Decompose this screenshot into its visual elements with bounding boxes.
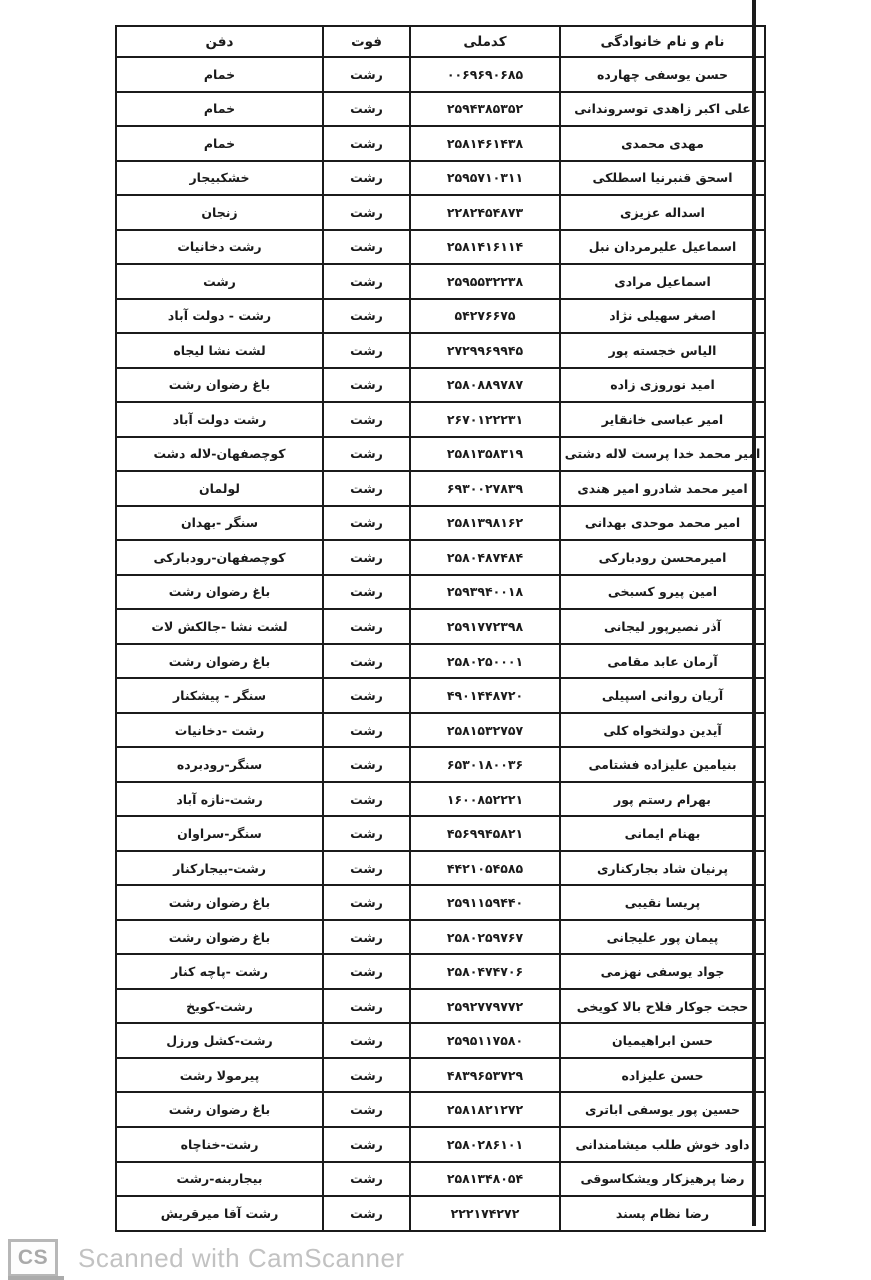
dafn-cell: رشت - دولت آباد	[116, 299, 323, 334]
name-cell: حسن علیزاده	[560, 1058, 765, 1093]
dafn-cell: لشت نشا لیجاه	[116, 333, 323, 368]
name-cell: جواد یوسفی نهزمی	[560, 954, 765, 989]
name-cell: حجت جوکار فلاح بالا کویخی	[560, 989, 765, 1024]
name-cell: حسن ابراهیمیان	[560, 1023, 765, 1058]
code-cell: ۶۹۳۰۰۲۷۸۳۹	[410, 471, 560, 506]
dafn-cell: پیرمولا رشت	[116, 1058, 323, 1093]
table-row: اسماعیل مرادی۲۵۹۵۵۳۲۲۳۸رشترشت	[116, 264, 765, 299]
fout-cell: رشت	[323, 575, 410, 610]
table-row: اسداله عزیزی۲۲۸۲۴۵۴۸۷۳رشتزنجان	[116, 195, 765, 230]
dafn-cell: رشت	[116, 264, 323, 299]
table-row: بنیامین علیزاده فشتامی۶۵۳۰۱۸۰۰۳۶رشتسنگر-…	[116, 747, 765, 782]
name-cell: آذر نصیرپور لیجانی	[560, 609, 765, 644]
code-cell: ۲۵۹۱۷۷۲۳۹۸	[410, 609, 560, 644]
fout-cell: رشت	[323, 195, 410, 230]
name-cell: امید نوروزی زاده	[560, 368, 765, 403]
fout-cell: رشت	[323, 954, 410, 989]
fout-cell: رشت	[323, 678, 410, 713]
column-header-code: کدملی	[410, 26, 560, 57]
table-row: پریسا نقیبی۲۵۹۱۱۵۹۴۴۰رشتباغ رضوان رشت	[116, 885, 765, 920]
code-cell: ۲۵۸۱۵۳۲۷۵۷	[410, 713, 560, 748]
name-cell: اصغر سهیلی نژاد	[560, 299, 765, 334]
table-row: اسماعیل علیرمردان نبل۲۵۸۱۴۱۶۱۱۴رشترشت دخ…	[116, 230, 765, 265]
column-header-fout: فوت	[323, 26, 410, 57]
fout-cell: رشت	[323, 437, 410, 472]
dafn-cell: رشت-کشل ورزل	[116, 1023, 323, 1058]
code-cell: ۲۵۸۱۳۴۸۰۵۴	[410, 1162, 560, 1197]
fout-cell: رشت	[323, 471, 410, 506]
fout-cell: رشت	[323, 1162, 410, 1197]
dafn-cell: خمام	[116, 126, 323, 161]
table-row: امید نوروزی زاده۲۵۸۰۸۸۹۷۸۷رشتباغ رضوان ر…	[116, 368, 765, 403]
code-cell: ۲۵۸۰۸۸۹۷۸۷	[410, 368, 560, 403]
deceased-records-table: نام و نام خانوادگیکدملیفوتدفن حسن یوسفی …	[115, 25, 766, 1232]
fout-cell: رشت	[323, 1196, 410, 1231]
code-cell: ۲۵۹۴۳۸۵۳۵۲	[410, 92, 560, 127]
table-row: حسن یوسفی چهارده۰۰۶۹۶۹۰۶۸۵رشتخمام	[116, 57, 765, 92]
table-row: بهرام رستم پور۱۶۰۰۸۵۲۲۲۱رشترشت-نازه آباد	[116, 782, 765, 817]
dafn-cell: باغ رضوان رشت	[116, 368, 323, 403]
fout-cell: رشت	[323, 402, 410, 437]
table-row: مهدی محمدی۲۵۸۱۴۶۱۴۳۸رشتخمام	[116, 126, 765, 161]
name-cell: اسداله عزیزی	[560, 195, 765, 230]
code-cell: ۲۵۹۲۷۷۹۷۷۲	[410, 989, 560, 1024]
fout-cell: رشت	[323, 1092, 410, 1127]
code-cell: ۶۵۳۰۱۸۰۰۳۶	[410, 747, 560, 782]
code-cell: ۲۵۹۳۹۴۰۰۱۸	[410, 575, 560, 610]
code-cell: ۲۲۸۲۴۵۴۸۷۳	[410, 195, 560, 230]
dafn-cell: رشت دخانیات	[116, 230, 323, 265]
column-header-dafn: دفن	[116, 26, 323, 57]
dafn-cell: لشت نشا -جالکش لات	[116, 609, 323, 644]
table-row: آریان روانی اسپیلی۴۹۰۱۴۴۸۷۲۰رشتسنگر - پی…	[116, 678, 765, 713]
code-cell: ۲۵۸۱۴۶۱۴۳۸	[410, 126, 560, 161]
dafn-cell: سنگر - پیشکنار	[116, 678, 323, 713]
fout-cell: رشت	[323, 747, 410, 782]
code-cell: ۴۸۳۹۶۵۳۷۲۹	[410, 1058, 560, 1093]
name-cell: امیر محمد شادرو امیر هندی	[560, 471, 765, 506]
table-row: داود خوش طلب میشامندانی۲۵۸۰۲۸۶۱۰۱رشترشت-…	[116, 1127, 765, 1162]
code-cell: ۲۶۷۰۱۲۲۲۳۱	[410, 402, 560, 437]
code-cell: ۲۵۸۰۴۸۷۴۸۴	[410, 540, 560, 575]
name-cell: آریان روانی اسپیلی	[560, 678, 765, 713]
camscanner-logo-text: CS	[18, 1246, 48, 1270]
dafn-cell: خشکبیجار	[116, 161, 323, 196]
code-cell: ۲۵۸۱۸۲۱۲۷۲	[410, 1092, 560, 1127]
code-cell: ۲۵۸۱۴۱۶۱۱۴	[410, 230, 560, 265]
dafn-cell: رشت آقا میرقریش	[116, 1196, 323, 1231]
camscanner-logo-icon: CS	[8, 1239, 58, 1277]
name-cell: علی اکبر زاهدی توسروندانی	[560, 92, 765, 127]
code-cell: ۲۵۸۱۳۵۸۳۱۹	[410, 437, 560, 472]
table-row: حسن علیزاده۴۸۳۹۶۵۳۷۲۹رشتپیرمولا رشت	[116, 1058, 765, 1093]
fout-cell: رشت	[323, 57, 410, 92]
fout-cell: رشت	[323, 816, 410, 851]
dafn-cell: کوچصفهان-رودبارکی	[116, 540, 323, 575]
name-cell: اسحق قنبرنیا اسطلکی	[560, 161, 765, 196]
name-cell: اسماعیل علیرمردان نبل	[560, 230, 765, 265]
name-cell: بهنام ایمانی	[560, 816, 765, 851]
table-row: آرمان عابد مقامی۲۵۸۰۲۵۰۰۰۱رشتباغ رضوان ر…	[116, 644, 765, 679]
dafn-cell: سنگر -بهدان	[116, 506, 323, 541]
code-cell: ۲۵۹۵۵۳۲۲۳۸	[410, 264, 560, 299]
table-row: اسحق قنبرنیا اسطلکی۲۵۹۵۷۱۰۳۱۱رشتخشکبیجار	[116, 161, 765, 196]
code-cell: ۲۷۲۹۹۶۹۹۴۵	[410, 333, 560, 368]
dafn-cell: رشت-نازه آباد	[116, 782, 323, 817]
dafn-cell: رشت-بیجارکنار	[116, 851, 323, 886]
code-cell: ۲۵۸۰۲۵۰۰۰۱	[410, 644, 560, 679]
name-cell: امین پیرو کسبخی	[560, 575, 765, 610]
table-row: آیدین دولتخواه کلی۲۵۸۱۵۳۲۷۵۷رشترشت -دخان…	[116, 713, 765, 748]
name-cell: اسماعیل مرادی	[560, 264, 765, 299]
code-cell: ۲۲۲۱۷۴۲۷۲	[410, 1196, 560, 1231]
fout-cell: رشت	[323, 609, 410, 644]
fout-cell: رشت	[323, 230, 410, 265]
name-cell: پرنیان شاد بجارکناری	[560, 851, 765, 886]
fout-cell: رشت	[323, 540, 410, 575]
fout-cell: رشت	[323, 161, 410, 196]
name-cell: حسین پور یوسفی اباتری	[560, 1092, 765, 1127]
dafn-cell: باغ رضوان رشت	[116, 644, 323, 679]
name-cell: رضا پرهیزکار ویشکاسوقی	[560, 1162, 765, 1197]
dafn-cell: باغ رضوان رشت	[116, 885, 323, 920]
fout-cell: رشت	[323, 126, 410, 161]
watermark-text: Scanned with CamScanner	[78, 1243, 405, 1274]
camscanner-watermark: CS Scanned with CamScanner	[8, 1236, 405, 1280]
fout-cell: رشت	[323, 92, 410, 127]
name-cell: بهرام رستم پور	[560, 782, 765, 817]
name-cell: الیاس خجسته پور	[560, 333, 765, 368]
dafn-cell: رشت-کویخ	[116, 989, 323, 1024]
name-cell: امیر عباسی خانقایر	[560, 402, 765, 437]
name-cell: پریسا نقیبی	[560, 885, 765, 920]
fout-cell: رشت	[323, 644, 410, 679]
table-row: علی اکبر زاهدی توسروندانی۲۵۹۴۳۸۵۳۵۲رشتخم…	[116, 92, 765, 127]
table-row: حجت جوکار فلاح بالا کویخی۲۵۹۲۷۷۹۷۷۲رشترش…	[116, 989, 765, 1024]
fout-cell: رشت	[323, 299, 410, 334]
table-row: رضا نظام پسند۲۲۲۱۷۴۲۷۲رشترشت آقا میرقریش	[116, 1196, 765, 1231]
name-cell: مهدی محمدی	[560, 126, 765, 161]
fout-cell: رشت	[323, 989, 410, 1024]
dafn-cell: کوچصفهان-لاله دشت	[116, 437, 323, 472]
code-cell: ۱۶۰۰۸۵۲۲۲۱	[410, 782, 560, 817]
dafn-cell: سنگر-رودبرده	[116, 747, 323, 782]
table-row: جواد یوسفی نهزمی۲۵۸۰۴۷۴۷۰۶رشترشت -پاچه ک…	[116, 954, 765, 989]
code-cell: ۰۰۶۹۶۹۰۶۸۵	[410, 57, 560, 92]
fout-cell: رشت	[323, 920, 410, 955]
code-cell: ۴۵۶۹۹۴۵۸۲۱	[410, 816, 560, 851]
code-cell: ۲۵۹۵۱۱۷۵۸۰	[410, 1023, 560, 1058]
name-cell: آرمان عابد مقامی	[560, 644, 765, 679]
name-cell: امیرمحسن رودبارکی	[560, 540, 765, 575]
fout-cell: رشت	[323, 885, 410, 920]
column-header-name: نام و نام خانوادگی	[560, 26, 765, 57]
dafn-cell: باغ رضوان رشت	[116, 575, 323, 610]
table-row: امین پیرو کسبخی۲۵۹۳۹۴۰۰۱۸رشتباغ رضوان رش…	[116, 575, 765, 610]
code-cell: ۲۵۹۱۱۵۹۴۴۰	[410, 885, 560, 920]
fout-cell: رشت	[323, 333, 410, 368]
code-cell: ۲۵۸۰۴۷۴۷۰۶	[410, 954, 560, 989]
table-row: پیمان پور علیجانی۲۵۸۰۲۵۹۷۶۷رشتباغ رضوان …	[116, 920, 765, 955]
fout-cell: رشت	[323, 1023, 410, 1058]
name-cell: بنیامین علیزاده فشتامی	[560, 747, 765, 782]
code-cell: ۲۵۸۰۲۵۹۷۶۷	[410, 920, 560, 955]
table-row: امیر محمد موحدی بهدانی۲۵۸۱۳۹۸۱۶۲رشتسنگر …	[116, 506, 765, 541]
fout-cell: رشت	[323, 851, 410, 886]
dafn-cell: زنجان	[116, 195, 323, 230]
table-row: پرنیان شاد بجارکناری۴۴۲۱۰۵۴۵۸۵رشترشت-بیج…	[116, 851, 765, 886]
fout-cell: رشت	[323, 264, 410, 299]
table-row: امیرمحسن رودبارکی۲۵۸۰۴۸۷۴۸۴رشتکوچصفهان-ر…	[116, 540, 765, 575]
name-cell: داود خوش طلب میشامندانی	[560, 1127, 765, 1162]
table-row: حسین پور یوسفی اباتری۲۵۸۱۸۲۱۲۷۲رشتباغ رض…	[116, 1092, 765, 1127]
fout-cell: رشت	[323, 506, 410, 541]
dafn-cell: رشت-خناچاه	[116, 1127, 323, 1162]
name-cell: رضا نظام پسند	[560, 1196, 765, 1231]
name-cell: امیر محمد موحدی بهدانی	[560, 506, 765, 541]
fout-cell: رشت	[323, 1127, 410, 1162]
name-cell: حسن یوسفی چهارده	[560, 57, 765, 92]
table-row: بهنام ایمانی۴۵۶۹۹۴۵۸۲۱رشتسنگر-سراوان	[116, 816, 765, 851]
table-row: اصغر سهیلی نژاد۵۴۲۷۶۶۷۵رشترشت - دولت آبا…	[116, 299, 765, 334]
table-row: رضا پرهیزکار ویشکاسوقی۲۵۸۱۳۴۸۰۵۴رشتبیجار…	[116, 1162, 765, 1197]
fout-cell: رشت	[323, 782, 410, 817]
dafn-cell: رشت دولت آباد	[116, 402, 323, 437]
table-row: حسن ابراهیمیان۲۵۹۵۱۱۷۵۸۰رشترشت-کشل ورزل	[116, 1023, 765, 1058]
dafn-cell: رشت -دخانیات	[116, 713, 323, 748]
fout-cell: رشت	[323, 368, 410, 403]
dafn-cell: بیجاربنه-رشت	[116, 1162, 323, 1197]
dafn-cell: خمام	[116, 57, 323, 92]
code-cell: ۴۹۰۱۴۴۸۷۲۰	[410, 678, 560, 713]
name-cell: امیر محمد خدا پرست لاله دشتی	[560, 437, 765, 472]
table-row: امیر محمد خدا پرست لاله دشتی۲۵۸۱۳۵۸۳۱۹رش…	[116, 437, 765, 472]
dafn-cell: باغ رضوان رشت	[116, 920, 323, 955]
name-cell: آیدین دولتخواه کلی	[560, 713, 765, 748]
table-row: امیر محمد شادرو امیر هندی۶۹۳۰۰۲۷۸۳۹رشتلو…	[116, 471, 765, 506]
table-row: الیاس خجسته پور۲۷۲۹۹۶۹۹۴۵رشتلشت نشا لیجا…	[116, 333, 765, 368]
table-row: امیر عباسی خانقایر۲۶۷۰۱۲۲۲۳۱رشترشت دولت …	[116, 402, 765, 437]
dafn-cell: خمام	[116, 92, 323, 127]
dafn-cell: رشت -پاچه کنار	[116, 954, 323, 989]
fout-cell: رشت	[323, 1058, 410, 1093]
dafn-cell: لولمان	[116, 471, 323, 506]
dafn-cell: سنگر-سراوان	[116, 816, 323, 851]
name-cell: پیمان پور علیجانی	[560, 920, 765, 955]
dafn-cell: باغ رضوان رشت	[116, 1092, 323, 1127]
header-row: نام و نام خانوادگیکدملیفوتدفن	[116, 26, 765, 57]
code-cell: ۲۵۹۵۷۱۰۳۱۱	[410, 161, 560, 196]
table-row: آذر نصیرپور لیجانی۲۵۹۱۷۷۲۳۹۸رشتلشت نشا -…	[116, 609, 765, 644]
fout-cell: رشت	[323, 713, 410, 748]
code-cell: ۵۴۲۷۶۶۷۵	[410, 299, 560, 334]
code-cell: ۲۵۸۰۲۸۶۱۰۱	[410, 1127, 560, 1162]
camscanner-logo-bar	[8, 1276, 64, 1280]
code-cell: ۲۵۸۱۳۹۸۱۶۲	[410, 506, 560, 541]
code-cell: ۴۴۲۱۰۵۴۵۸۵	[410, 851, 560, 886]
